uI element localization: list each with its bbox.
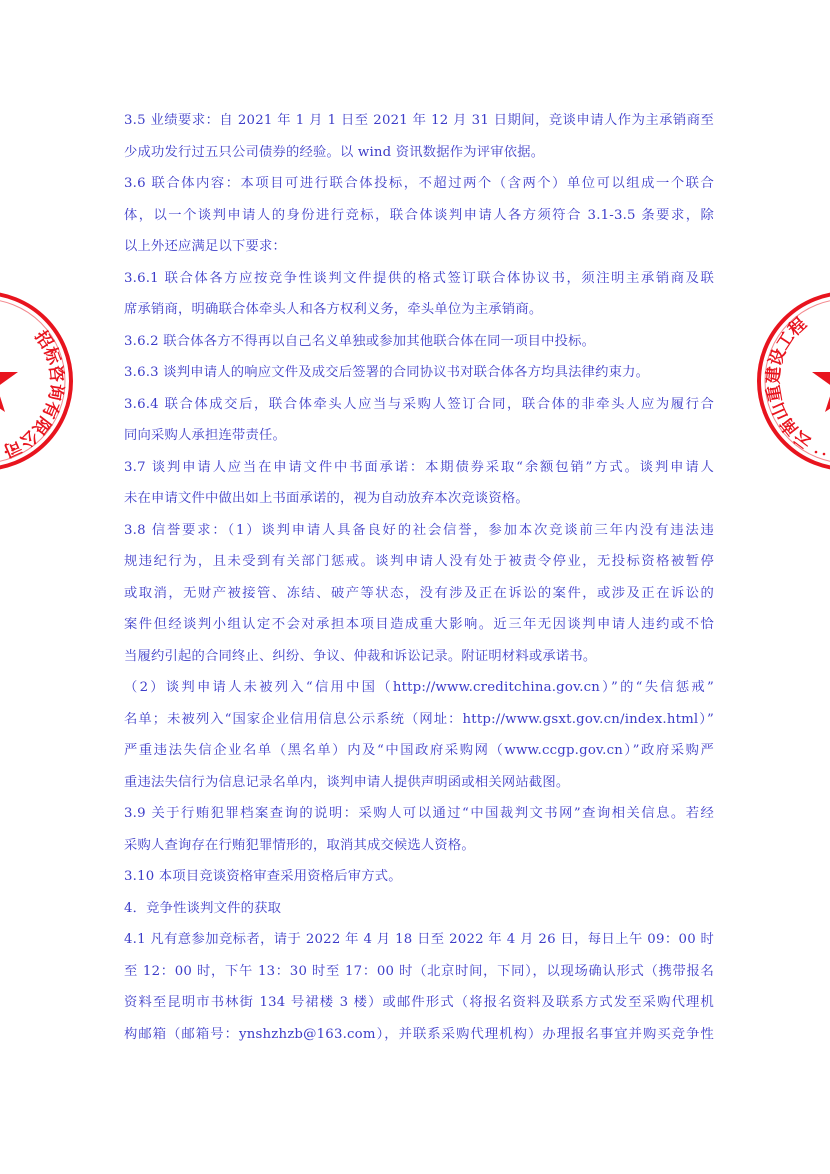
text-line: 当履约引起的合同终止、纠纷、争议、仲裁和诉讼记录。附证明材料或承诺书。	[124, 641, 714, 673]
seal-text-left: 招标咨询有限公司	[0, 324, 78, 461]
text-line: 3.6.1 联合体各方应按竞争性谈判文件提供的格式签订联合体协议书，须注明主承销…	[124, 263, 714, 295]
text-line: 重违法失信行为信息记录名单内，谈判申请人提供声明函或相关网站截图。	[124, 767, 714, 799]
text-line: 构邮箱（邮箱号：ynshzhzb@163.com），并联系采购代理机构）办理报名…	[124, 1019, 714, 1051]
text-line: 采购人查询存在行贿犯罪情形的，取消其成交候选人资格。	[124, 830, 714, 862]
text-line: 资料至昆明市书林街 134 号裙楼 3 楼）或邮件形式（将报名资料及联系方式发至…	[124, 987, 714, 1019]
text-line: 严重违法失信企业名单（黑名单）内及“中国政府采购网（www.ccgp.gov.c…	[124, 735, 714, 767]
seal-star-icon	[812, 348, 830, 412]
text-line: 同向采购人承担连带责任。	[124, 420, 714, 452]
section-heading: 4．竞争性谈判文件的获取	[124, 893, 714, 925]
text-line: 未在申请文件中做出如上书面承诺的，视为自动放弃本次竞谈资格。	[124, 483, 714, 515]
text-line: 3.8 信誉要求：（1）谈判申请人具备良好的社会信誉，参加本次竞谈前三年内没有违…	[124, 515, 714, 547]
company-seal-right: 云南山重建设工程	[752, 286, 830, 476]
text-line: 至 12：00 时，下午 13：30 时至 17：00 时（北京时间，下同），以…	[124, 956, 714, 988]
text-line: 3.9 关于行贿犯罪档案查询的说明：采购人可以通过“中国裁判文书网”查询相关信息…	[124, 798, 714, 830]
document-body: 3.5 业绩要求：自 2021 年 1 月 1 日至 2021 年 12 月 3…	[124, 105, 714, 1050]
text-line: 或取消，无财产被接管、冻结、破产等状态，没有涉及正在诉讼的案件，或涉及正在诉讼的	[124, 578, 714, 610]
text-line: 3.5 业绩要求：自 2021 年 1 月 1 日至 2021 年 12 月 3…	[124, 105, 714, 137]
seal-star-icon	[0, 348, 18, 412]
text-line: 3.10 本项目竞谈资格审查采用资格后审方式。	[124, 861, 714, 893]
text-line: 席承销商，明确联合体牵头人和各方权利义务，牵头单位为主承销商。	[124, 294, 714, 326]
text-line: 3.7 谈判申请人应当在申请文件中书面承诺：本期债券采取“余额包销”方式。谈判申…	[124, 452, 714, 484]
text-line: 案件但经谈判小组认定不会对承担本项目造成重大影响。近三年无因谈判申请人违约或不恰	[124, 609, 714, 641]
svg-text:招标咨询有限公司: 招标咨询有限公司	[0, 324, 78, 461]
text-line: 3.6.2 联合体各方不得再以自己名义单独或参加其他联合体在同一项目中投标。	[124, 326, 714, 358]
text-line: 少成功发行过五只公司债券的经验。以 wind 资讯数据作为评审依据。	[124, 137, 714, 169]
seal-text-right: 云南山重建设工程	[752, 310, 830, 454]
document-page: 招标咨询有限公司 云南山重建设工程 3.5 业绩要求：自 2021 年 1 月 …	[0, 0, 830, 1174]
text-line: 4.1 凡有意参加竞标者，请于 2022 年 4 月 18 日至 2022 年 …	[124, 924, 714, 956]
text-line: 名单；未被列入“国家企业信用信息公示系统（网址：http://www.gsxt.…	[124, 704, 714, 736]
text-line: 3.6.4 联合体成交后，联合体牵头人应当与采购人签订合同，联合体的非牵头人应为…	[124, 389, 714, 421]
svg-text:云南山重建设工程: 云南山重建设工程	[752, 310, 830, 454]
text-line: （2）谈判申请人未被列入“信用中国（http://www.creditchina…	[124, 672, 714, 704]
text-line: 以上外还应满足以下要求：	[124, 231, 714, 263]
text-line: 体，以一个谈判申请人的身份进行竞标，联合体谈判申请人各方须符合 3.1-3.5 …	[124, 200, 714, 232]
company-seal-left: 招标咨询有限公司	[0, 286, 78, 476]
text-line: 3.6.3 谈判申请人的响应文件及成交后签署的合同协议书对联合体各方均具法律约束…	[124, 357, 714, 389]
text-line: 3.6 联合体内容：本项目可进行联合体投标，不超过两个（含两个）单位可以组成一个…	[124, 168, 714, 200]
text-line: 规违纪行为，且未受到有关部门惩戒。谈判申请人没有处于被责令停业，无投标资格被暂停	[124, 546, 714, 578]
